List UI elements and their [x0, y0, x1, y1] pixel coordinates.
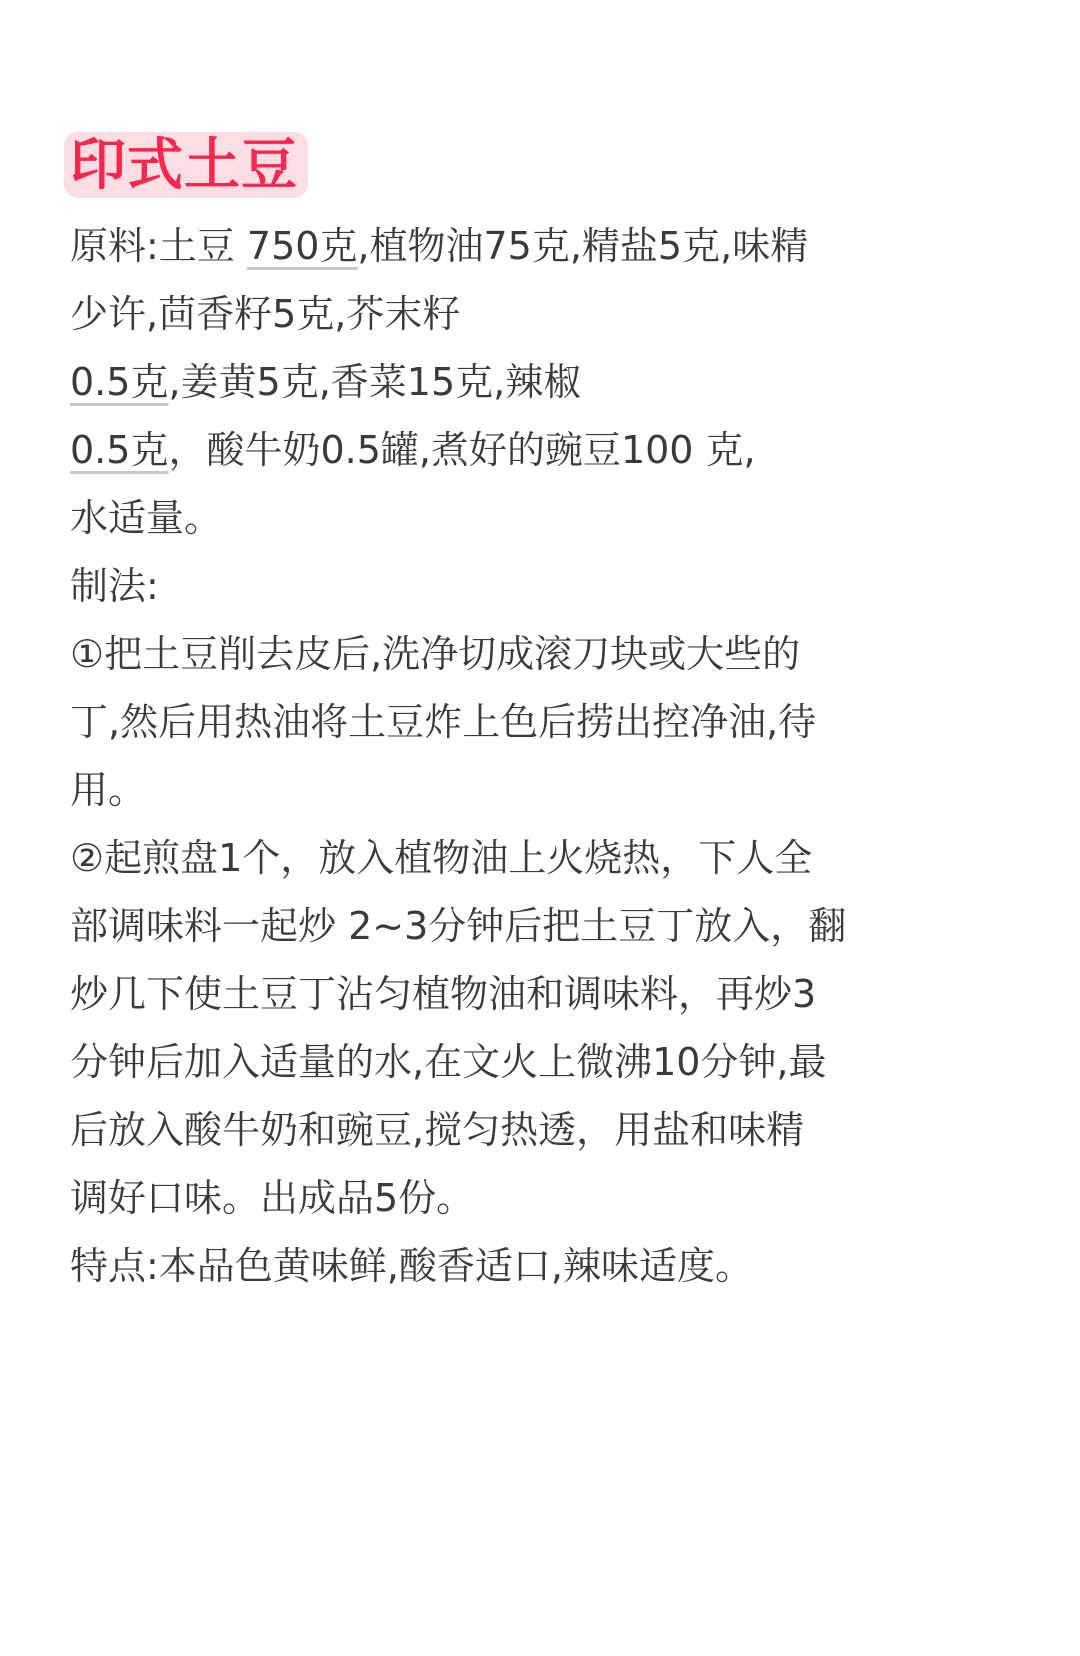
method-heading: 制法:	[70, 552, 1030, 620]
ingredients-text: ,姜黄5克,香菜15克,辣椒	[168, 360, 581, 404]
underlined-quantity: 750克	[247, 224, 358, 268]
step2-line: 部调味料一起炒 2~3分钟后把土豆丁放入，翻	[70, 892, 1030, 960]
step1-line: 用。	[70, 756, 1030, 824]
recipe-page: 印式土豆 原料:土豆 750克,植物油75克,精盐5克,味精 少许,茴香籽5克,…	[70, 132, 1030, 1300]
step2-line: 炒几下使土豆丁沾匀植物油和调味料，再炒3	[70, 960, 1030, 1028]
underlined-quantity: 0.5克	[70, 360, 168, 404]
features-line: 特点:本品色黄味鲜,酸香适口,辣味适度。	[70, 1232, 1030, 1300]
recipe-title: 印式土豆	[70, 133, 298, 198]
step1-line: ①把土豆削去皮后,洗净切成滚刀块或大些的	[70, 620, 1030, 688]
ingredients-line-2: 少许,茴香籽5克,芥末籽	[70, 280, 1030, 348]
title-highlight: 印式土豆	[64, 132, 308, 198]
ingredients-line-3: 0.5克,姜黄5克,香菜15克,辣椒	[70, 348, 1030, 416]
ingredients-line-5: 水适量。	[70, 484, 1030, 552]
step1-line: 丁,然后用热油将土豆炸上色后捞出控净油,待	[70, 688, 1030, 756]
ingredients-text: ，酸牛奶0.5罐,煮好的豌豆100 克,	[168, 428, 755, 472]
step2-line: 调好口味。出成品5份。	[70, 1164, 1030, 1232]
underlined-quantity: 0.5克	[70, 428, 168, 472]
recipe-body: 原料:土豆 750克,植物油75克,精盐5克,味精 少许,茴香籽5克,芥末籽 0…	[70, 212, 1030, 1300]
step2-line: 后放入酸牛奶和豌豆,搅匀热透，用盐和味精	[70, 1096, 1030, 1164]
step2-line: 分钟后加入适量的水,在文火上微沸10分钟,最	[70, 1028, 1030, 1096]
ingredients-text: 原料:土豆	[70, 224, 247, 268]
ingredients-text: ,植物油75克,精盐5克,味精	[357, 224, 808, 268]
step2-line: ②起煎盘1个，放入植物油上火烧热，下人全	[70, 824, 1030, 892]
ingredients-line-1: 原料:土豆 750克,植物油75克,精盐5克,味精	[70, 212, 1030, 280]
ingredients-line-4: 0.5克，酸牛奶0.5罐,煮好的豌豆100 克,	[70, 416, 1030, 484]
